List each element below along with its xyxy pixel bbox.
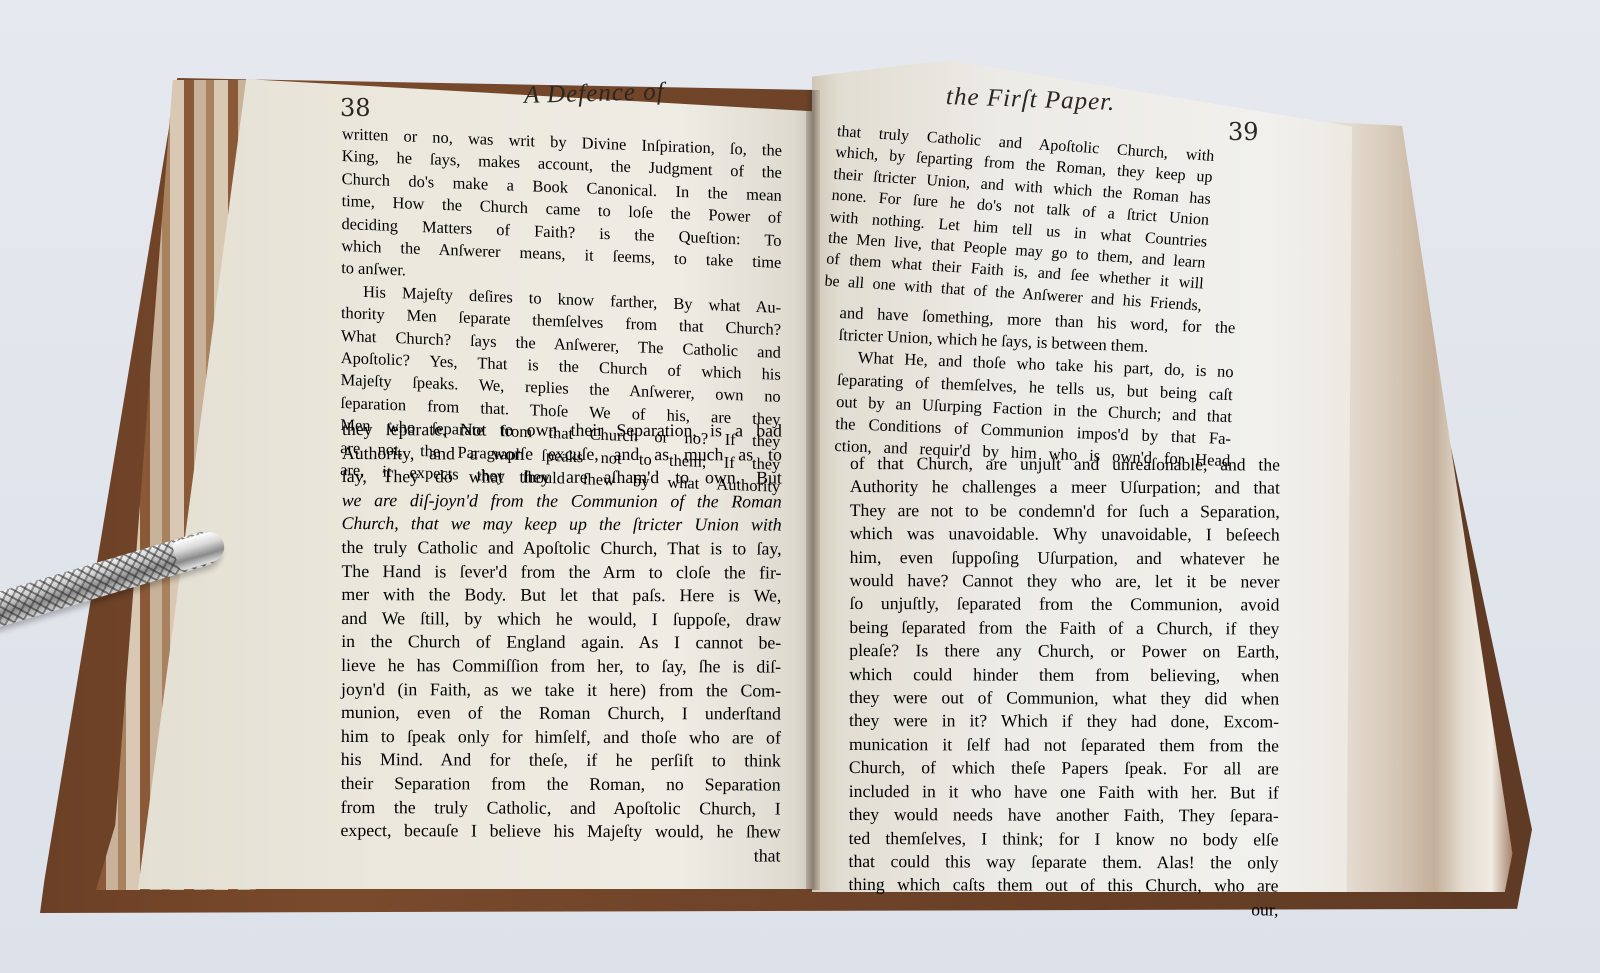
text-line: him, even ſuppoſing Uſurpation, and what…: [850, 546, 1280, 571]
right-page-stack-edge: [1330, 122, 1520, 892]
left-page-number: 38: [340, 94, 371, 122]
text-line: Church, that we may keep up the ſtricter…: [342, 512, 782, 537]
right-page-text-lower: of that Church, are unjuſt and unreaſona…: [848, 452, 1280, 922]
text-line: from the truly Catholic, and Apoſtolic C…: [341, 795, 781, 820]
text-line: ted themſelves, I think; for I know no b…: [849, 826, 1279, 851]
text-line: they would needs have another Faith, The…: [849, 803, 1279, 828]
text-line: joyn'd (in Faith, as we take it here) fr…: [341, 678, 781, 703]
catchword: our,: [848, 897, 1278, 922]
text-line: in the Church of England again. As I can…: [341, 630, 781, 655]
text-line: they ſeparate. Not to own their Separati…: [342, 418, 782, 443]
text-line: The Hand is ſever'd from the Arm to cloſ…: [341, 560, 781, 585]
text-line: him to ſpeak only for himſelf, and thoſe…: [341, 725, 781, 750]
left-page-text-lower: they ſeparate. Not to own their Separati…: [340, 418, 782, 868]
text-line: lieve he has Commiſſion from her, to ſay…: [341, 654, 781, 679]
text-line: which was unavoidable. Why unavoidable, …: [850, 522, 1280, 547]
text-line: munion, even of the Roman Church, I unde…: [341, 701, 781, 726]
text-line: They are not to be condemn'd for ſuch a …: [850, 499, 1280, 524]
text-line: ſo unjuſtly, ſeparated from the Communio…: [849, 592, 1279, 617]
right-page-text-upper: that truly Catholic and Apoſtolic Church…: [824, 121, 1216, 317]
text-line: they were out of Communion, what they di…: [849, 686, 1279, 711]
text-line: expect, becauſe I believe his Majeſty wo…: [341, 819, 781, 844]
text-line: being ſeparated from the Faith of a Chur…: [849, 616, 1279, 641]
right-page-text-mid: and have ſomething, more than his word, …: [834, 302, 1236, 473]
left-running-head: A Defence of: [524, 78, 665, 110]
text-line: that could this way ſeparate them. Alas!…: [849, 850, 1279, 875]
text-line: their Separation from the Roman, no Sepa…: [341, 772, 781, 797]
text-line: which could hinder them from believing, …: [849, 663, 1279, 688]
text-line: pleaſe? Is there any Church, or Power on…: [849, 639, 1279, 664]
text-line: and We ſtill, by which he would, I ſuppo…: [341, 607, 781, 632]
book-gutter: [806, 90, 820, 890]
text-line: would have? Cannot they who are, let it …: [850, 569, 1280, 594]
text-line: Authority, and a worſe excuſe, and as mu…: [342, 442, 782, 467]
text-line: his Mind. And for theſe, if he perſiſt t…: [341, 748, 781, 773]
right-page-number: 39: [1228, 118, 1259, 146]
text-line: of that Church, are unjuſt and unreaſona…: [850, 452, 1280, 477]
text-line: we are diſ-joyn'd from the Communion of …: [342, 489, 782, 514]
text-line: ſay, They do what they are aſham'd to ow…: [342, 465, 782, 490]
catchword: that: [340, 843, 780, 868]
book-photo: 38 A Defence of the Firſt Paper. 39 writ…: [0, 0, 1600, 973]
text-line: Church, of which theſe Papers ſpeak. For…: [849, 756, 1279, 781]
text-line: thing which caſts them out of this Churc…: [848, 873, 1278, 898]
text-line: they were in it? Which if they had done,…: [849, 709, 1279, 734]
text-line: munication it ſelf had not ſeparated the…: [849, 733, 1279, 758]
text-line: mer with the Body. But let that paſs. He…: [341, 583, 781, 608]
text-line: Authority he challenges a meer Uſurpatio…: [850, 475, 1280, 500]
text-line: included in it who have one Faith with h…: [849, 780, 1279, 805]
right-running-head: the Firſt Paper.: [946, 83, 1116, 117]
text-line: the truly Catholic and Apoſtolic Church,…: [342, 536, 782, 561]
